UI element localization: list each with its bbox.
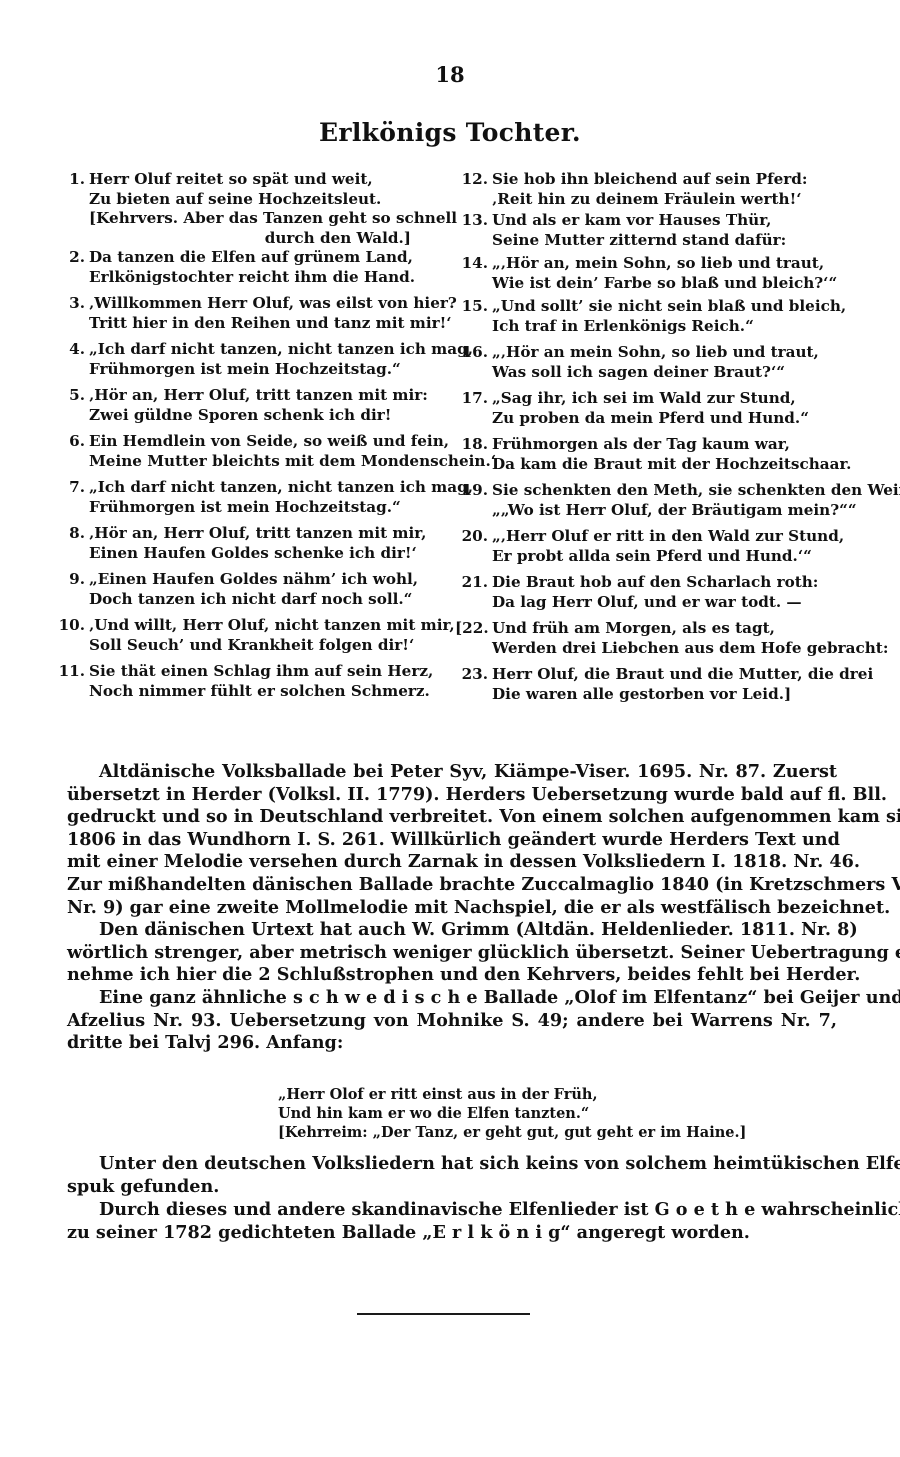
verse-line: Wie ist dein’ Farbe so blaß und bleich?‘… [492,274,860,294]
verse-line: Frühmorgen ist mein Hochzeitstag.“ [89,360,447,380]
stanza-number: 6. [52,432,85,452]
page-number: 18 [0,62,900,87]
verse-line: „Einen Haufen Goldes nähm’ ich wohl, [89,570,447,590]
stanza-number: 23. [455,665,488,685]
stanza-22: [22. Und früh am Morgen, als es tagt, We… [455,619,860,658]
verse-line: „Ich darf nicht tanzen, nicht tanzen ich… [89,340,447,360]
stanza-number: 7. [52,478,85,498]
stanza-10: 10. ‚Und willt, Herr Oluf, nicht tanzen … [52,616,447,655]
stanza-1: 1. Herr Oluf reitet so spät und weit, Zu… [52,170,447,248]
prose-line: Afzelius Nr. 93. Uebersetzung von Mohnik… [67,1010,837,1033]
stanza-2: 2. Da tanzen die Elfen auf grünem Land, … [52,248,447,287]
verse-line: Zu bieten auf seine Hochzeitsleut. [89,190,447,210]
stanza-number: 2. [52,248,85,268]
stanza-number: 12. [455,170,488,190]
stanza-20: 20. „‚Herr Oluf er ritt in den Wald zur … [455,527,860,566]
refrain-line: [Kehrvers. Aber das Tanzen geht so schne… [89,209,447,229]
verse-line: „Und sollt’ sie nicht sein blaß und blei… [492,297,860,317]
verse-line: „‚Herr Oluf er ritt in den Wald zur Stun… [492,527,860,547]
prose-line: nehme ich hier die 2 Schlußstrophen und … [67,964,837,987]
prose-line: Nr. 9) gar eine zweite Mollmelodie mit N… [67,897,837,920]
stanza-4: 4. „Ich darf nicht tanzen, nicht tanzen … [52,340,447,379]
verse-line: Doch tanzen ich nicht darf noch soll.“ [89,590,447,610]
stanza-number: 10. [52,616,85,636]
stanza-18: 18. Frühmorgen als der Tag kaum war, Da … [455,435,860,474]
stanza-23: 23. Herr Oluf, die Braut und die Mutter,… [455,665,860,704]
verse-line: Noch nimmer fühlt er solchen Schmerz. [89,682,447,702]
commentary-paragraph-4: Unter den deutschen Volksliedern hat sic… [67,1153,837,1198]
verse-line: Einen Haufen Goldes schenke ich dir!‘ [89,544,447,564]
stanza-number: [22. [455,619,488,639]
prose-line: zu seiner 1782 gedichteten Ballade „E r … [67,1222,837,1245]
stanza-number: 5. [52,386,85,406]
prose-line: 1806 in das Wundhorn I. S. 261. Willkürl… [67,829,837,852]
commentary-paragraph-2: Den dänischen Urtext hat auch W. Grimm (… [67,919,837,987]
stanza-16: 16. „‚Hör an mein Sohn, so lieb und trau… [455,343,860,382]
stanza-number: 4. [52,340,85,360]
stanza-number: 18. [455,435,488,455]
verse-line: Er probt allda sein Pferd und Hund.‘“ [492,547,860,567]
prose-line: Altdänische Volksballade bei Peter Syv, … [67,761,837,784]
verse-line: Soll Seuch’ und Krankheit folgen dir!‘ [89,636,447,656]
verse-line: Zwei güldne Sporen schenk ich dir! [89,406,447,426]
verse-line: Da kam die Braut mit der Hochzeitschaar. [492,455,860,475]
prose-line: übersetzt in Herder (Volksl. II. 1779). … [67,784,837,807]
stanza-column-right: 12. Sie hob ihn bleichend auf sein Pferd… [455,170,860,704]
verse-line: ‚Reit hin zu deinem Fräulein werth!‘ [492,190,860,210]
section-divider [357,1313,530,1315]
prose-line: mit einer Melodie versehen durch Zarnak … [67,851,837,874]
verse-line: Ich traf in Erlenkönigs Reich.“ [492,317,860,337]
stanza-number: 19. [455,481,488,501]
verse-line: Sie thät einen Schlag ihm auf sein Herz, [89,662,447,682]
stanza-21: 21. Die Braut hob auf den Scharlach roth… [455,573,860,612]
verse-line: „Sag ihr, ich sei im Wald zur Stund, [492,389,860,409]
verse-line: Herr Oluf, die Braut und die Mutter, die… [492,665,860,685]
quoted-verse: „Herr Olof er ritt einst aus in der Früh… [278,1085,746,1142]
stanza-column-left: 1. Herr Oluf reitet so spät und weit, Zu… [52,170,447,701]
verse-line: Werden drei Liebchen aus dem Hofe gebrac… [492,639,860,659]
verse-line: Was soll ich sagen deiner Braut?‘“ [492,363,860,383]
verse-line: „„Wo ist Herr Oluf, der Bräutigam mein?“… [492,501,860,521]
verse-line: „‚Hör an, mein Sohn, so lieb und traut, [492,254,860,274]
prose-line: Den dänischen Urtext hat auch W. Grimm (… [67,919,837,942]
stanza-number: 3. [52,294,85,314]
stanza-number: 15. [455,297,488,317]
quote-line: [Kehrreim: „Der Tanz, er geht gut, gut g… [278,1123,746,1142]
stanza-number: 20. [455,527,488,547]
quote-line: Und hin kam er wo die Elfen tanzten.“ [278,1104,746,1123]
stanza-13: 13. Und als er kam vor Hauses Thür, Sein… [455,211,860,250]
verse-line: Und als er kam vor Hauses Thür, [492,211,860,231]
stanza-number: 16. [455,343,488,363]
commentary-paragraph-3: Eine ganz ähnliche s c h w e d i s c h e… [67,987,837,1055]
stanza-number: 13. [455,211,488,231]
verse-line: ‚Hör an, Herr Oluf, tritt tanzen mit mir… [89,386,447,406]
stanza-14: 14. „‚Hör an, mein Sohn, so lieb und tra… [455,254,860,293]
stanza-9: 9. „Einen Haufen Goldes nähm’ ich wohl, … [52,570,447,609]
stanza-number: 14. [455,254,488,274]
stanza-19: 19. Sie schenkten den Meth, sie schenkte… [455,481,860,520]
stanza-15: 15. „Und sollt’ sie nicht sein blaß und … [455,297,860,336]
stanza-7: 7. „Ich darf nicht tanzen, nicht tanzen … [52,478,447,517]
stanza-17: 17. „Sag ihr, ich sei im Wald zur Stund,… [455,389,860,428]
verse-line: Erlkönigstochter reicht ihm die Hand. [89,268,447,288]
stanza-number: 8. [52,524,85,544]
verse-line: ‚Willkommen Herr Oluf, was eilst von hie… [89,294,447,314]
verse-line: ‚Hör an, Herr Oluf, tritt tanzen mit mir… [89,524,447,544]
stanza-number: 21. [455,573,488,593]
verse-line: Meine Mutter bleichts mit dem Mondensche… [89,452,447,472]
quote-line: „Herr Olof er ritt einst aus in der Früh… [278,1085,746,1104]
stanza-8: 8. ‚Hör an, Herr Oluf, tritt tanzen mit … [52,524,447,563]
commentary-paragraph-5: Durch dieses und andere skandinavische E… [67,1199,837,1244]
stanza-12: 12. Sie hob ihn bleichend auf sein Pferd… [455,170,860,209]
prose-line: Durch dieses und andere skandinavische E… [67,1199,837,1222]
verse-line: Die waren alle gestorben vor Leid.] [492,685,860,705]
verse-line: Da tanzen die Elfen auf grünem Land, [89,248,447,268]
prose-line: wörtlich strenger, aber metrisch weniger… [67,942,837,965]
prose-line: spuk gefunden. [67,1176,837,1199]
refrain-line: durch den Wald.] [89,229,447,249]
stanza-6: 6. Ein Hemdlein von Seide, so weiß und f… [52,432,447,471]
prose-line: gedruckt und so in Deutschland verbreite… [67,806,837,829]
stanza-number: 17. [455,389,488,409]
stanza-number: 1. [52,170,85,190]
verse-line: Sie hob ihn bleichend auf sein Pferd: [492,170,860,190]
verse-line: Frühmorgen als der Tag kaum war, [492,435,860,455]
verse-line: Seine Mutter zitternd stand dafür: [492,231,860,251]
page-title: Erlkönigs Tochter. [0,118,900,147]
verse-line: Ein Hemdlein von Seide, so weiß und fein… [89,432,447,452]
prose-line: Zur mißhandelten dänischen Ballade brach… [67,874,837,897]
prose-line: Unter den deutschen Volksliedern hat sic… [67,1153,837,1176]
commentary-paragraph-1: Altdänische Volksballade bei Peter Syv, … [67,761,837,919]
verse-line: Sie schenkten den Meth, sie schenkten de… [492,481,860,501]
prose-line: Eine ganz ähnliche s c h w e d i s c h e… [67,987,837,1010]
stanza-3: 3. ‚Willkommen Herr Oluf, was eilst von … [52,294,447,333]
verse-line: Tritt hier in den Reihen und tanz mit mi… [89,314,447,334]
verse-line: Die Braut hob auf den Scharlach roth: [492,573,860,593]
verse-line: „‚Hör an mein Sohn, so lieb und traut, [492,343,860,363]
prose-line: dritte bei Talvj 296. Anfang: [67,1032,837,1055]
verse-line: Und früh am Morgen, als es tagt, [492,619,860,639]
verse-line: ‚Und willt, Herr Oluf, nicht tanzen mit … [89,616,447,636]
verse-line: Zu proben da mein Pferd und Hund.“ [492,409,860,429]
stanza-number: 11. [52,662,85,682]
stanza-5: 5. ‚Hör an, Herr Oluf, tritt tanzen mit … [52,386,447,425]
stanza-11: 11. Sie thät einen Schlag ihm auf sein H… [52,662,447,701]
verse-line: Da lag Herr Oluf, und er war todt. — [492,593,860,613]
verse-line: Herr Oluf reitet so spät und weit, [89,170,447,190]
stanza-number: 9. [52,570,85,590]
verse-line: Frühmorgen ist mein Hochzeitstag.“ [89,498,447,518]
verse-line: „Ich darf nicht tanzen, nicht tanzen ich… [89,478,447,498]
